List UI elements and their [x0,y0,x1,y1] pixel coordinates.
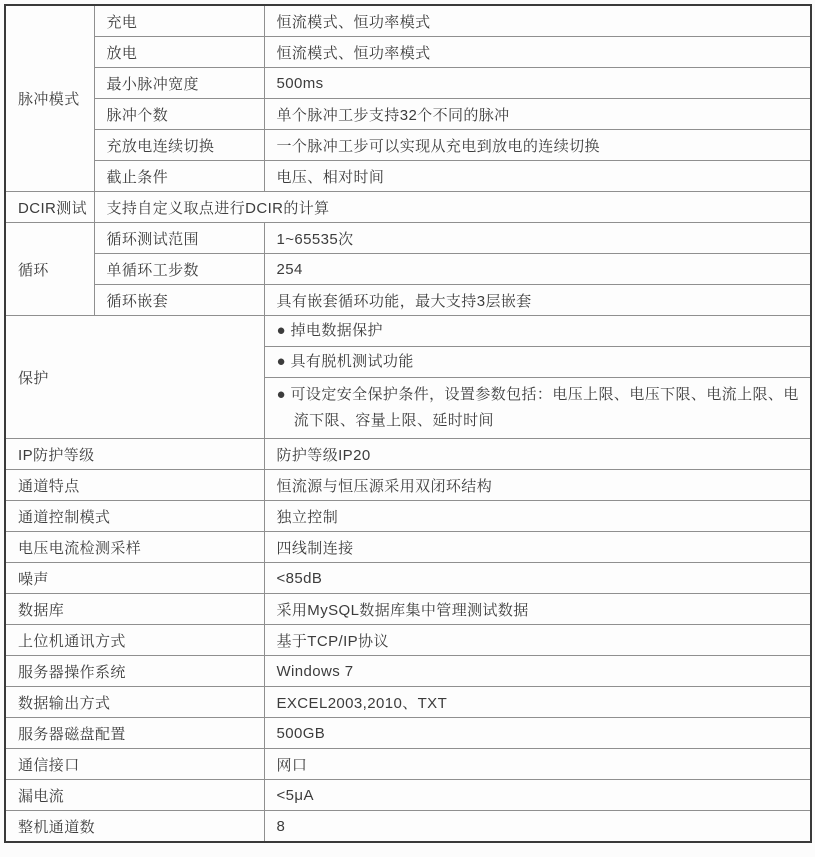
spec-sheet-page: 脉冲模式 充电 恒流模式、恒功率模式 放电 恒流模式、恒功率模式 最小脉冲宽度 … [0,0,815,857]
param-cell: 充电 [94,5,264,37]
table-row: 上位机通讯方式 基于TCP/IP协议 [5,625,811,656]
param-cell: 循环嵌套 [94,285,264,316]
value-cell: 500GB [264,718,811,749]
table-row: 充放电连续切换 一个脉冲工步可以实现从充电到放电的连续切换 [5,130,811,161]
value-cell: 独立控制 [264,501,811,532]
param-cell: 充放电连续切换 [94,130,264,161]
table-row: 通信接口 网口 [5,749,811,780]
table-row: IP防护等级 防护等级IP20 [5,439,811,470]
table-row: 服务器磁盘配置 500GB [5,718,811,749]
category-cell-protection: 保护 [5,316,264,439]
table-row: 脉冲个数 单个脉冲工步支持32个不同的脉冲 [5,99,811,130]
label-cell-sampling: 电压电流检测采样 [5,532,264,563]
label-cell-database: 数据库 [5,594,264,625]
category-cell-pulse-mode: 脉冲模式 [5,5,94,192]
value-cell: 网口 [264,749,811,780]
label-cell-leakage-current: 漏电流 [5,780,264,811]
label-cell-data-output: 数据输出方式 [5,687,264,718]
table-row: 最小脉冲宽度 500ms [5,68,811,99]
table-row: 数据库 采用MySQL数据库集中管理测试数据 [5,594,811,625]
value-cell: 防护等级IP20 [264,439,811,470]
value-cell: 恒流模式、恒功率模式 [264,37,811,68]
label-cell-host-communication: 上位机通讯方式 [5,625,264,656]
table-row: 通道特点 恒流源与恒压源采用双闭环结构 [5,470,811,501]
bullet-item: ● 掉电数据保护 [277,318,805,344]
spec-table: 脉冲模式 充电 恒流模式、恒功率模式 放电 恒流模式、恒功率模式 最小脉冲宽度 … [4,4,812,843]
table-row: DCIR测试 支持自定义取点进行DCIR的计算 [5,192,811,223]
param-cell: 单循环工步数 [94,254,264,285]
table-row: 循环 循环测试范围 1~65535次 [5,223,811,254]
param-cell: 循环测试范围 [94,223,264,254]
table-row: 噪声 <85dB [5,563,811,594]
label-cell-channel-feature: 通道特点 [5,470,264,501]
category-cell-cycle: 循环 [5,223,94,316]
label-cell-server-disk: 服务器磁盘配置 [5,718,264,749]
table-row: 电压电流检测采样 四线制连接 [5,532,811,563]
table-row: 漏电流 <5μA [5,780,811,811]
value-cell: ● 掉电数据保护 [264,316,811,347]
param-cell: 放电 [94,37,264,68]
param-cell: 最小脉冲宽度 [94,68,264,99]
table-row: 单循环工步数 254 [5,254,811,285]
label-cell-comm-interface: 通信接口 [5,749,264,780]
value-cell: 采用MySQL数据库集中管理测试数据 [264,594,811,625]
value-cell: 8 [264,811,811,843]
label-cell-channel-control-mode: 通道控制模式 [5,501,264,532]
value-cell: 单个脉冲工步支持32个不同的脉冲 [264,99,811,130]
table-row: 放电 恒流模式、恒功率模式 [5,37,811,68]
param-cell: 截止条件 [94,161,264,192]
value-cell: <85dB [264,563,811,594]
value-cell: 具有嵌套循环功能，最大支持3层嵌套 [264,285,811,316]
value-cell: 1~65535次 [264,223,811,254]
table-row: 通道控制模式 独立控制 [5,501,811,532]
table-row: 脉冲模式 充电 恒流模式、恒功率模式 [5,5,811,37]
label-cell-total-channels: 整机通道数 [5,811,264,843]
value-cell: 电压、相对时间 [264,161,811,192]
value-cell: 恒流源与恒压源采用双闭环结构 [264,470,811,501]
value-cell: EXCEL2003,2010、TXT [264,687,811,718]
table-row: 循环嵌套 具有嵌套循环功能，最大支持3层嵌套 [5,285,811,316]
table-row: 截止条件 电压、相对时间 [5,161,811,192]
value-cell: 恒流模式、恒功率模式 [264,5,811,37]
value-cell: 254 [264,254,811,285]
value-cell: 500ms [264,68,811,99]
table-row: 整机通道数 8 [5,811,811,843]
value-cell: Windows 7 [264,656,811,687]
value-cell: 四线制连接 [264,532,811,563]
label-cell-noise: 噪声 [5,563,264,594]
table-row: 服务器操作系统 Windows 7 [5,656,811,687]
bullet-item: ● 可设定安全保护条件，设置参数包括：电压上限、电压下限、电流上限、电流下限、容… [277,382,805,434]
value-cell: ● 具有脱机测试功能 [264,347,811,378]
label-cell-server-os: 服务器操作系统 [5,656,264,687]
value-cell: ● 可设定安全保护条件，设置参数包括：电压上限、电压下限、电流上限、电流下限、容… [264,378,811,439]
value-cell: 支持自定义取点进行DCIR的计算 [94,192,811,223]
bullet-item: ● 具有脱机测试功能 [277,349,805,375]
value-cell: 基于TCP/IP协议 [264,625,811,656]
category-cell-dcir: DCIR测试 [5,192,94,223]
label-cell-ip-rating: IP防护等级 [5,439,264,470]
table-row: 数据输出方式 EXCEL2003,2010、TXT [5,687,811,718]
value-cell: <5μA [264,780,811,811]
param-cell: 脉冲个数 [94,99,264,130]
table-row: 保护 ● 掉电数据保护 [5,316,811,347]
value-cell: 一个脉冲工步可以实现从充电到放电的连续切换 [264,130,811,161]
